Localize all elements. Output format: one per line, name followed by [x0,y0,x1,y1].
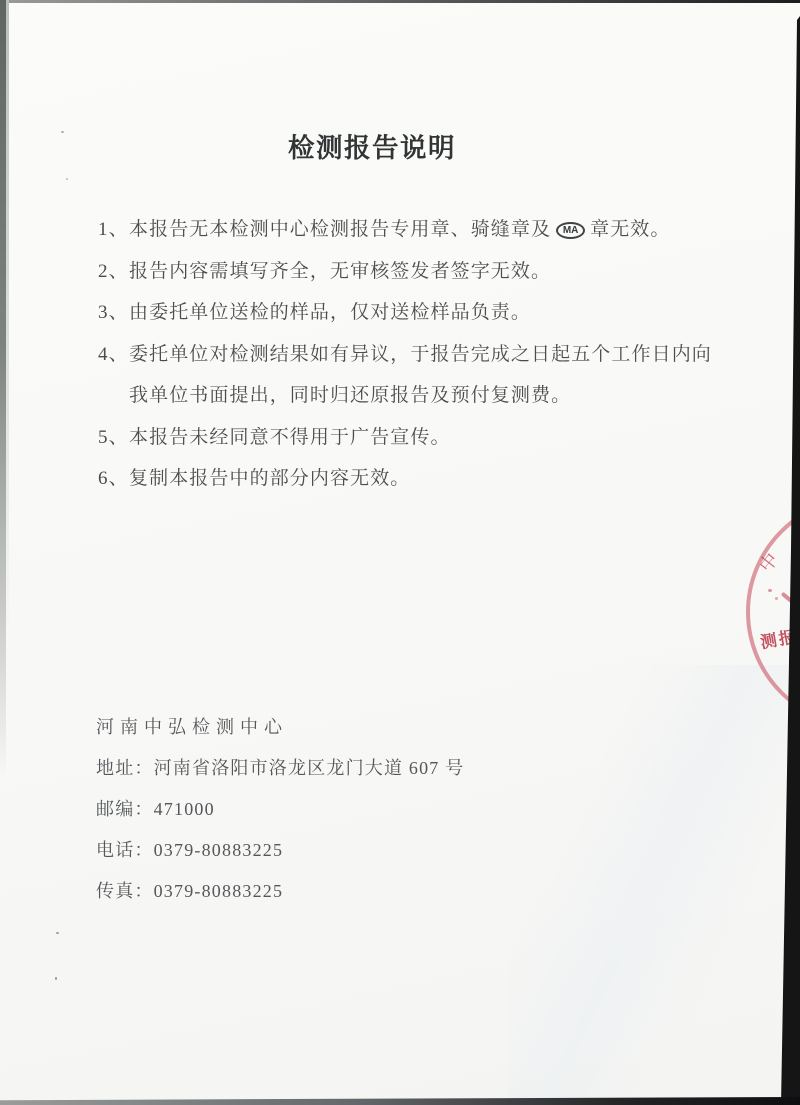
item-text: 报告内容需填写齐全，无审核签发者签字无效。 [129,251,551,293]
list-item-4: 4、 委托单位对检测结果如有异议，于报告完成之日起五个工作日内向 我单位书面提出… [98,334,738,417]
red-stamp-speck [775,597,778,600]
cma-accreditation-mark-icon: MA [556,222,585,239]
item-text: 本报告无本检测中心检测报告专用章、骑缝章及MA章无效。 [129,209,671,251]
item-text: 复制本报告中的部分内容无效。 [129,458,410,500]
scanner-sheen [508,665,788,1105]
contact-block: 河南中弘检测中心 地址：河南省洛阳市洛龙区龙门大道 607 号 邮编：47100… [96,707,464,912]
item-number: 4、 [98,334,129,376]
scan-edge-top [0,0,800,3]
item-text: 委托单位对检测结果如有异议，于报告完成之日起五个工作日内向 我单位书面提出，同时… [129,334,712,417]
page-title: 检测报告说明 [0,126,744,165]
list-item-5: 5、 本报告未经同意不得用于广告宣传。 [98,417,738,459]
scan-edge-bottom [0,1097,800,1105]
dust-speck [55,977,57,980]
scanned-report-page: 检测报告说明 1、 本报告无本检测中心检测报告专用章、骑缝章及MA章无效。 2、… [0,0,800,1105]
notice-list: 1、 本报告无本检测中心检测报告专用章、骑缝章及MA章无效。 2、 报告内容需填… [98,209,738,500]
dust-speck [56,932,59,934]
item-text-before-mark: 本报告无本检测中心检测报告专用章、骑缝章及 [129,219,551,240]
item-number: 1、 [98,209,129,251]
item-text-line-2: 我单位书面提出，同时归还原报告及预付复测费。 [129,375,712,417]
item-number: 5、 [98,417,129,459]
dust-speck [66,178,68,180]
contact-postal-code: 邮编：471000 [96,789,464,830]
list-item-6: 6、 复制本报告中的部分内容无效。 [98,458,738,500]
item-number: 6、 [98,458,129,500]
contact-phone: 电话：0379-80883225 [96,830,464,871]
item-text-line-1: 委托单位对检测结果如有异议，于报告完成之日起五个工作日内向 [129,334,712,376]
item-number: 3、 [98,292,129,334]
red-stamp-speck [768,589,772,592]
company-name: 河南中弘检测中心 [96,707,464,748]
contact-address: 地址：河南省洛阳市洛龙区龙门大道 607 号 [96,748,464,789]
cma-mark-label: MA [563,225,579,236]
list-item-3: 3、 由委托单位送检的样品，仅对送检样品负责。 [98,292,738,334]
item-text: 本报告未经同意不得用于广告宣传。 [129,417,451,459]
dust-speck [61,131,64,133]
contact-fax: 传真：0379-80883225 [96,871,464,912]
list-item-2: 2、 报告内容需填写齐全，无审核签发者签字无效。 [98,251,738,293]
scan-edge-left-highlight [6,0,9,640]
item-number: 2、 [98,251,129,293]
list-item-1: 1、 本报告无本检测中心检测报告专用章、骑缝章及MA章无效。 [98,209,738,251]
item-text-after-mark: 章无效。 [590,219,670,240]
item-text: 由委托单位送检的样品，仅对送检样品负责。 [129,292,531,334]
